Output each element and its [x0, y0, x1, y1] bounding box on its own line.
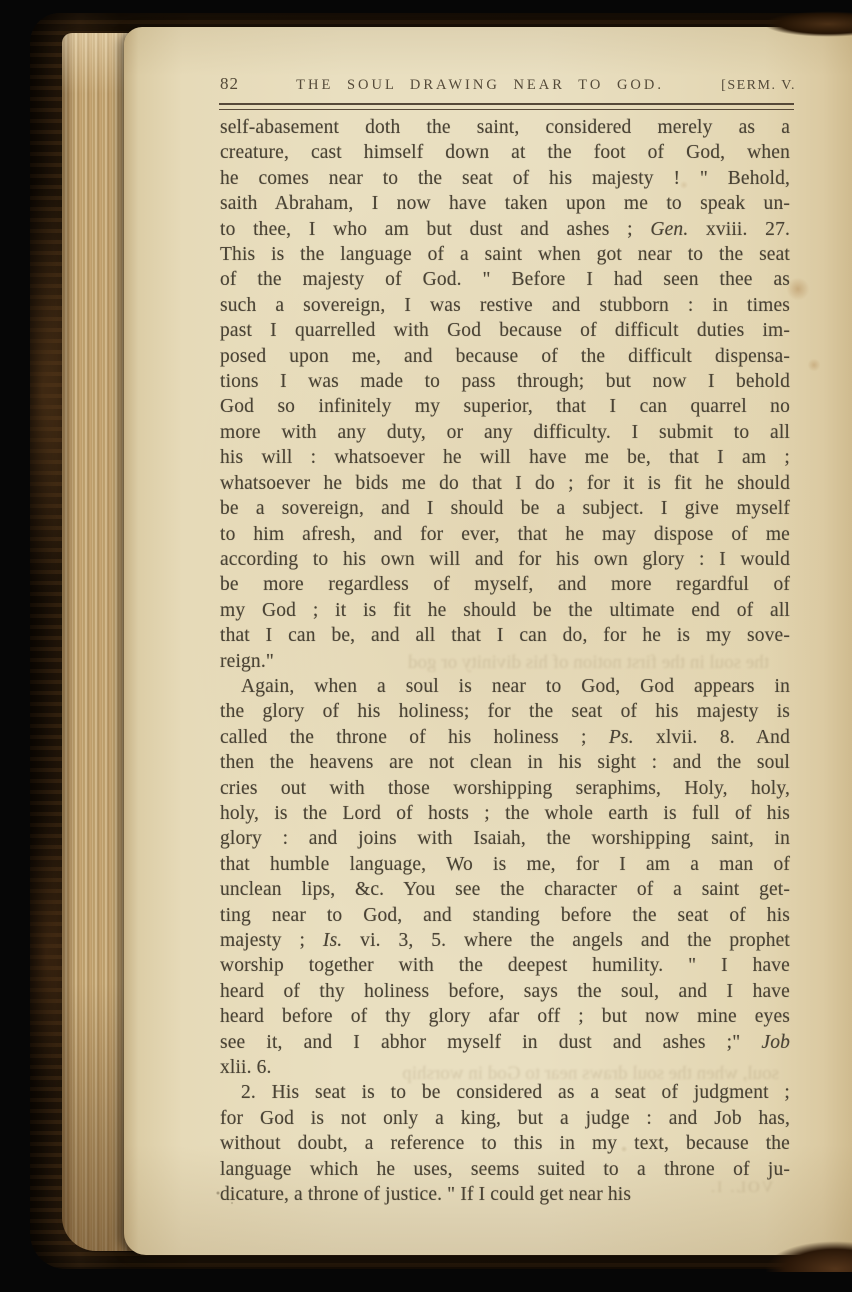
- text-line: then the heavens are not clean in his si…: [220, 750, 790, 775]
- text-segment: cries out with those worshipping seraphi…: [220, 778, 790, 799]
- text-segment: be more regardless of myself, and more r…: [220, 574, 790, 595]
- text-line: 2. His seat is to be considered as a sea…: [220, 1080, 790, 1105]
- text-segment: heard of thy holiness before, says the s…: [220, 981, 790, 1002]
- text-segment: self-abasement doth the saint, considere…: [220, 117, 790, 138]
- text-segment: without doubt, a reference to this in my…: [220, 1133, 790, 1154]
- text-segment: majesty ;: [220, 930, 323, 951]
- text-segment: tions I was made to pass through; but no…: [220, 371, 790, 392]
- text-segment: more with any duty, or any difficulty. I…: [220, 422, 790, 443]
- leather-corner-top-right: [732, 8, 852, 48]
- text-segment: to him afresh, and for ever, that he may…: [220, 524, 790, 545]
- text-line: more with any duty, or any difficulty. I…: [220, 420, 790, 445]
- paragraph-1: self-abasement doth the saint, considere…: [220, 115, 790, 674]
- text-line: to him afresh, and for ever, that he may…: [220, 522, 790, 547]
- text-segment: then the heavens are not clean in his si…: [220, 752, 790, 773]
- paragraph-3: 2. His seat is to be considered as a sea…: [220, 1080, 790, 1207]
- text-line: creature, cast himself down at the foot …: [220, 140, 790, 165]
- text-segment: xviii. 27.: [688, 219, 790, 240]
- text-segment: vi. 3, 5. where the angels and the proph…: [342, 930, 790, 951]
- text-line: glory : and joins with Isaiah, the worsh…: [220, 826, 790, 851]
- text-segment: to thee, I who am but dust and ashes ;: [220, 219, 650, 240]
- text-line: see it, and I abhor myself in dust and a…: [220, 1030, 790, 1055]
- text-line: be more regardless of myself, and more r…: [220, 572, 790, 597]
- text-segment: such a sovereign, I was restive and stub…: [220, 295, 790, 316]
- page-header: 82 THE SOUL DRAWING NEAR TO GOD. [SERM. …: [220, 74, 796, 94]
- sermon-signature-mark: [SERM. V.: [721, 78, 796, 94]
- text-segment: according to his own will and for his ow…: [220, 549, 790, 570]
- scripture-ref-italic: Gen.: [650, 219, 688, 240]
- text-line: my God ; it is fit he should be the ulti…: [220, 598, 790, 623]
- text-line: that humble language, Wo is me, for I am…: [220, 852, 790, 877]
- text-segment: be a sovereign, and I should be a subjec…: [220, 498, 790, 519]
- text-segment: of the majesty of God. " Before I had se…: [220, 269, 790, 290]
- scripture-ref-italic: Ps.: [609, 727, 634, 748]
- text-segment: the glory of his holiness; for the seat …: [220, 701, 790, 722]
- text-line: heard of thy holiness before, says the s…: [220, 979, 790, 1004]
- text-segment: heard before of thy glory afar off ; but…: [220, 1006, 790, 1027]
- text-line: to thee, I who am but dust and ashes ; G…: [220, 217, 790, 242]
- text-segment: his will : whatsoever he will have me be…: [220, 447, 790, 468]
- text-segment: past I quarrelled with God because of di…: [220, 320, 790, 341]
- text-line: language which he uses, seems suited to …: [220, 1157, 790, 1182]
- text-segment: holy, is the Lord of hosts ; the whole e…: [220, 803, 790, 824]
- text-segment: that humble language, Wo is me, for I am…: [220, 854, 790, 875]
- paragraph-2: Again, when a soul is near to God, God a…: [220, 674, 790, 1081]
- text-line: majesty ; Is. vi. 3, 5. where the angels…: [220, 928, 790, 953]
- text-segment: xlii. 6.: [220, 1057, 272, 1078]
- text-line: his will : whatsoever he will have me be…: [220, 445, 790, 470]
- scripture-ref-italic: Job: [761, 1032, 790, 1053]
- scripture-ref-italic: Is.: [323, 930, 342, 951]
- leather-corner-bottom-right: [742, 1216, 852, 1272]
- text-segment: whatsoever he bids me do that I do ; for…: [220, 473, 790, 494]
- text-segment: God so infinitely my superior, that I ca…: [220, 396, 790, 417]
- text-segment: Again, when a soul is near to God, God a…: [241, 676, 790, 697]
- double-rule: [219, 103, 794, 110]
- text-line: of the majesty of God. " Before I had se…: [220, 267, 790, 292]
- text-segment: my God ; it is fit he should be the ulti…: [220, 600, 790, 621]
- text-segment: worship together with the deepest humili…: [220, 955, 790, 976]
- text-segment: glory : and joins with Isaiah, the worsh…: [220, 828, 790, 849]
- text-line: dicature, a throne of justice. " If I co…: [220, 1182, 790, 1207]
- book-scan: 82 THE SOUL DRAWING NEAR TO GOD. [SERM. …: [0, 0, 852, 1292]
- text-line: self-abasement doth the saint, considere…: [220, 115, 790, 140]
- text-segment: xlvii. 8. And: [634, 727, 790, 748]
- text-line: worship together with the deepest humili…: [220, 953, 790, 978]
- text-line: for God is not only a king, but a judge …: [220, 1106, 790, 1131]
- text-line: This is the language of a saint when got…: [220, 242, 790, 267]
- text-line: such a sovereign, I was restive and stub…: [220, 293, 790, 318]
- text-segment: he comes near to the seat of his majesty…: [220, 168, 790, 189]
- text-line: xlii. 6.: [220, 1055, 790, 1080]
- text-line: heard before of thy glory afar off ; but…: [220, 1004, 790, 1029]
- page-number: 82: [220, 74, 239, 94]
- text-line: holy, is the Lord of hosts ; the whole e…: [220, 801, 790, 826]
- running-title: THE SOUL DRAWING NEAR TO GOD.: [296, 77, 664, 94]
- text-line: cries out with those worshipping seraphi…: [220, 776, 790, 801]
- text-line: called the throne of his holiness ; Ps. …: [220, 725, 790, 750]
- text-segment: reign.": [220, 651, 274, 672]
- text-segment: called the throne of his holiness ;: [220, 727, 609, 748]
- text-segment: that I can be, and all that I can do, fo…: [220, 625, 790, 646]
- text-line: reign.": [220, 649, 790, 674]
- text-segment: ting near to God, and standing before th…: [220, 905, 790, 926]
- text-line: tions I was made to pass through; but no…: [220, 369, 790, 394]
- text-segment: dicature, a throne of justice. " If I co…: [220, 1184, 631, 1205]
- text-line: God so infinitely my superior, that I ca…: [220, 394, 790, 419]
- text-line: be a sovereign, and I should be a subjec…: [220, 496, 790, 521]
- text-segment: language which he uses, seems suited to …: [220, 1159, 790, 1180]
- text-line: the glory of his holiness; for the seat …: [220, 699, 790, 724]
- text-segment: posed upon me, and because of the diffic…: [220, 346, 790, 367]
- text-line: without doubt, a reference to this in my…: [220, 1131, 790, 1156]
- text-segment: This is the language of a saint when got…: [220, 244, 790, 265]
- text-line: he comes near to the seat of his majesty…: [220, 166, 790, 191]
- text-line: whatsoever he bids me do that I do ; for…: [220, 471, 790, 496]
- text-segment: unclean lips, &c. You see the character …: [220, 879, 790, 900]
- text-line: posed upon me, and because of the diffic…: [220, 344, 790, 369]
- text-line: Again, when a soul is near to God, God a…: [220, 674, 790, 699]
- text-segment: 2. His seat is to be considered as a sea…: [241, 1082, 790, 1103]
- text-line: past I quarrelled with God because of di…: [220, 318, 790, 343]
- body-text: self-abasement doth the saint, considere…: [220, 115, 790, 1207]
- text-segment: saith Abraham, I now have taken upon me …: [220, 193, 790, 214]
- text-line: according to his own will and for his ow…: [220, 547, 790, 572]
- text-line: saith Abraham, I now have taken upon me …: [220, 191, 790, 216]
- text-line: ting near to God, and standing before th…: [220, 903, 790, 928]
- text-line: that I can be, and all that I can do, fo…: [220, 623, 790, 648]
- text-line: unclean lips, &c. You see the character …: [220, 877, 790, 902]
- text-segment: see it, and I abhor myself in dust and a…: [220, 1032, 761, 1053]
- text-segment: for God is not only a king, but a judge …: [220, 1108, 790, 1129]
- text-segment: creature, cast himself down at the foot …: [220, 142, 790, 163]
- book-page: 82 THE SOUL DRAWING NEAR TO GOD. [SERM. …: [124, 27, 852, 1255]
